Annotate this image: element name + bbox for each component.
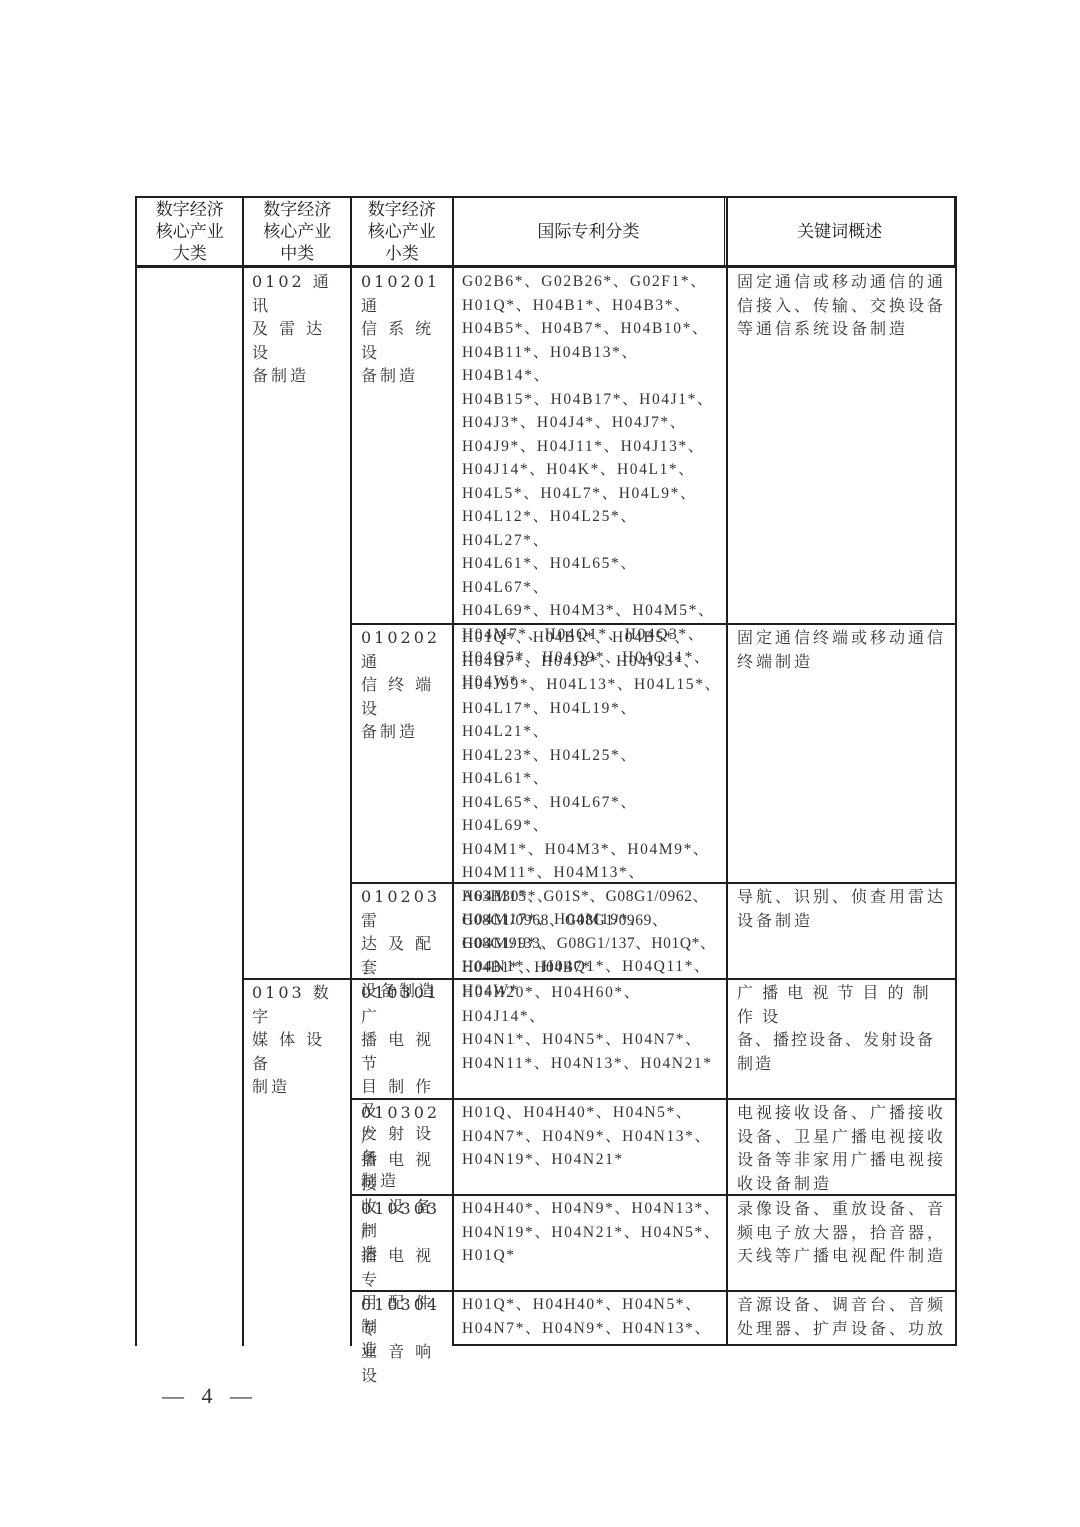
- ipc-cell: H04H20*、H04H60*、H04J14*、 H04N1*、H04N5*、H…: [462, 981, 724, 1075]
- column-divider: [350, 196, 352, 1346]
- ipc-cell: H01Q*、H04H40*、H04N5*、 H04N7*、H04N9*、H04N…: [462, 1293, 724, 1340]
- keywords-cell: 广 播 电 视 节 目 的 制 作 设 备、播控设备、发射设备 制造: [737, 981, 953, 1075]
- keywords-cell: 固定通信或移动通信的通 信接入、传输、交换设备 等通信系统设备制造: [737, 270, 953, 341]
- header-major-category: 数字经济 核心产业 大类: [137, 198, 244, 265]
- keywords-cell: 导航、识别、侦查用雷达 设备制造: [737, 885, 953, 932]
- header-divider: [135, 266, 957, 268]
- medium-category-cell: 0102 通 讯 及 雷 达 设 备制造: [252, 270, 346, 388]
- header-medium-category: 数字经济 核心产业 中类: [244, 198, 352, 265]
- medium-category-cell: 0103 数 字 媒 体 设 备 制造: [252, 981, 346, 1099]
- small-category-cell: 010201 通 信 系 统 设 备制造: [361, 270, 449, 388]
- keywords-cell: 录像设备、重放设备、音 频电子放大器，拾音器， 天线等广播电视配件制造: [737, 1197, 953, 1268]
- header-small-category: 数字经济 核心产业 小类: [352, 198, 453, 265]
- ipc-cell: A63H30*、G01S*、G08G1/0962、 G08G1/0968、G08…: [462, 885, 724, 979]
- row-divider: [452, 1344, 957, 1346]
- ipc-cell: H04H40*、H04N9*、H04N13*、 H04N19*、H04N21*、…: [462, 1197, 724, 1268]
- column-divider: [452, 196, 454, 1346]
- table-header-row: 数字经济 核心产业 大类 数字经济 核心产业 中类 数字经济 核心产业 小类 国…: [135, 196, 956, 267]
- column-divider: [242, 196, 244, 1346]
- header-keywords: 关键词概述: [725, 198, 954, 265]
- table-border-left: [135, 196, 137, 1346]
- page-number: — 4 —: [162, 1383, 258, 1409]
- keywords-cell: 固定通信终端或移动通信 终端制造: [737, 626, 953, 673]
- small-category-cell: 010202 通 信 终 端 设 备制造: [361, 626, 449, 744]
- document-page: 数字经济 核心产业 大类 数字经济 核心产业 中类 数字经济 核心产业 小类 国…: [0, 0, 1080, 1527]
- table-border-right: [955, 196, 957, 1346]
- keywords-cell: 电视接收设备、广播接收 设备、卫星广播电视接收 设备等非家用广播电视接 收设备制…: [737, 1101, 953, 1195]
- column-divider: [726, 196, 728, 1346]
- ipc-cell: H01Q、H04H40*、H04N5*、 H04N7*、H04N9*、H04N1…: [462, 1101, 724, 1172]
- small-category-cell: 010304 专 业 音 响 设: [361, 1293, 449, 1387]
- keywords-cell: 音源设备、调音台、音频 处理器、扩声设备、功放: [737, 1293, 953, 1340]
- header-ipc: 国际专利分类: [453, 198, 726, 265]
